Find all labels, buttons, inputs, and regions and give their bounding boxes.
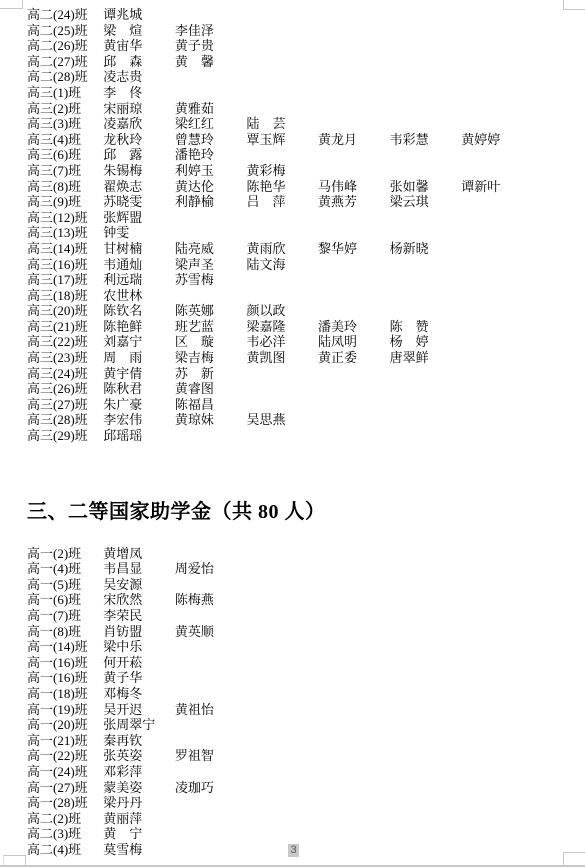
student-name: 农世林: [103, 288, 175, 304]
student-name: 钟雯: [103, 225, 175, 241]
class-label: 高三(8)班: [27, 179, 100, 195]
student-name: 韦彩慧: [390, 132, 462, 148]
class-label: 高二(27)班: [27, 54, 100, 70]
class-row: 高三(7)班 朱锡梅利婷玉黄彩梅: [27, 163, 579, 179]
class-row: 高三(24)班 黄宇倩苏 新: [27, 366, 579, 382]
student-name: 利静榆: [175, 194, 247, 210]
student-name: 朱锡梅: [103, 163, 175, 179]
document-page: 高二(24)班 谭兆城 高二(25)班 梁 煊李佳泽 高二(26)班 黄宙华黄子…: [0, 0, 585, 868]
student-name: 李佳泽: [175, 23, 247, 39]
class-row: 高二(26)班 黄宙华黄子贵: [27, 38, 579, 54]
student-name: 陆 芸: [246, 116, 318, 132]
class-row: 高三(18)班 农世林: [27, 288, 579, 304]
student-name: 陈英娜: [175, 303, 247, 319]
student-name: 黄凯图: [246, 350, 318, 366]
class-label: 高三(16)班: [27, 257, 100, 273]
student-name: 谭新叶: [461, 179, 533, 195]
page-bottom-edge: [0, 865, 585, 867]
student-name: 梁云琪: [390, 194, 462, 210]
student-name: 蒙美姿: [103, 780, 175, 796]
class-row: 高三(9)班 苏晓雯利静榆吕 萍黄燕芳梁云琪: [27, 194, 579, 210]
class-row: 高三(26)班 陈秋君黄睿图: [27, 381, 579, 397]
scholarship-name-list: 高二(24)班 谭兆城 高二(25)班 梁 煊李佳泽 高二(26)班 黄宙华黄子…: [27, 7, 579, 858]
student-name: 凌嘉欣: [103, 116, 175, 132]
student-name: 潘艳玲: [175, 147, 247, 163]
student-name: 黄 宁: [103, 826, 175, 842]
student-name: 梁吉梅: [175, 350, 247, 366]
student-name: 李 佟: [103, 85, 175, 101]
student-name: 肖钫盟: [103, 624, 175, 640]
class-label: 高一(24)班: [27, 764, 100, 780]
student-name: 梁声圣: [175, 257, 247, 273]
student-name: 甘树楠: [103, 241, 175, 257]
class-label: 高三(29)班: [27, 428, 100, 444]
student-name: 杨新晓: [390, 241, 462, 257]
student-name: 苏 新: [175, 366, 247, 382]
student-name: 梁丹丹: [103, 795, 175, 811]
class-label: 高三(2)班: [27, 101, 100, 117]
class-row: 高三(12)班 张辉盟: [27, 210, 579, 226]
student-name: 刘嘉宁: [103, 334, 175, 350]
class-row: 高二(4)班 莫雪梅: [27, 842, 579, 858]
class-label: 高二(26)班: [27, 38, 100, 54]
student-name: 覃玉辉: [246, 132, 318, 148]
class-label: 高一(27)班: [27, 780, 100, 796]
student-name: 梁中乐: [103, 639, 175, 655]
class-row: 高三(27)班 朱广豪陈福昌: [27, 397, 579, 413]
class-row: 高一(14)班 梁中乐: [27, 639, 579, 655]
student-name: 黄雅茹: [175, 101, 247, 117]
class-label: 高一(5)班: [27, 577, 100, 593]
class-label: 高三(14)班: [27, 241, 100, 257]
student-name: 周 雨: [103, 350, 175, 366]
student-name: 凌珈巧: [175, 780, 247, 796]
student-name: 陈钦名: [103, 303, 175, 319]
class-row: 高一(27)班 蒙美姿凌珈巧: [27, 780, 579, 796]
class-row: 高三(17)班 利远瑞苏雪梅: [27, 272, 579, 288]
class-row: 高一(16)班 黄子华: [27, 670, 579, 686]
student-name: 陆亮威: [175, 241, 247, 257]
class-label: 高三(17)班: [27, 272, 100, 288]
student-name: 张英姿: [103, 748, 175, 764]
class-label: 高三(12)班: [27, 210, 100, 226]
class-row: 高一(5)班 吴安源: [27, 577, 579, 593]
class-label: 高三(4)班: [27, 132, 100, 148]
class-row: 高一(18)班 邓梅冬: [27, 686, 579, 702]
class-label: 高一(16)班: [27, 670, 100, 686]
class-row: 高一(19)班 吴开迟黄祖怡: [27, 702, 579, 718]
student-name: 黄燕芳: [318, 194, 390, 210]
student-name: 莫雪梅: [103, 842, 175, 858]
class-row: 高三(20)班 陈钦名陈英娜颜以政: [27, 303, 579, 319]
class-label: 高三(27)班: [27, 397, 100, 413]
class-label: 高三(13)班: [27, 225, 100, 241]
student-name: 吕 萍: [246, 194, 318, 210]
student-name: 陆文海: [246, 257, 318, 273]
class-row: 高三(22)班 刘嘉宁区 璇韦必洋陆凤明杨 婷: [27, 334, 579, 350]
student-name: 李宏伟: [103, 412, 175, 428]
student-name: 黄龙月: [318, 132, 390, 148]
student-name: 颜以政: [246, 303, 318, 319]
class-row: 高一(24)班 邓彩萍: [27, 764, 579, 780]
student-name: 区 璇: [175, 334, 247, 350]
class-row: 高三(28)班 李宏伟黄琼妹吴思燕: [27, 412, 579, 428]
student-name: 罗祖智: [175, 748, 247, 764]
class-label: 高一(16)班: [27, 655, 100, 671]
class-row: 高三(13)班 钟雯: [27, 225, 579, 241]
class-label: 高三(6)班: [27, 147, 100, 163]
class-label: 高二(28)班: [27, 69, 100, 85]
class-label: 高三(1)班: [27, 85, 100, 101]
student-name: 秦再钦: [103, 733, 175, 749]
class-label: 高三(3)班: [27, 116, 100, 132]
student-name: 班艺蓝: [175, 319, 247, 335]
class-label: 高三(21)班: [27, 319, 100, 335]
class-row: 高一(6)班 宋欣然陈梅燕: [27, 592, 579, 608]
section-heading: 三、二等国家助学金（共 80 人）: [27, 497, 579, 527]
student-name: 潘美玲: [318, 319, 390, 335]
class-label: 高二(3)班: [27, 826, 100, 842]
class-label: 高一(6)班: [27, 592, 100, 608]
student-name: 黄宙华: [103, 38, 175, 54]
class-label: 高三(7)班: [27, 163, 100, 179]
class-label: 高一(22)班: [27, 748, 100, 764]
student-name: 邓梅冬: [103, 686, 175, 702]
student-name: 周爱怡: [175, 561, 247, 577]
student-name: 韦通灿: [103, 257, 175, 273]
student-name: 宋欣然: [103, 592, 175, 608]
student-name: 黄英顺: [175, 624, 247, 640]
class-row: 高一(4)班 韦昌显周爱怡: [27, 561, 579, 577]
page-number: 3: [288, 844, 299, 857]
class-label: 高三(22)班: [27, 334, 100, 350]
student-name: 曾慧玲: [175, 132, 247, 148]
student-name: 黄达伦: [175, 179, 247, 195]
class-row: 高一(20)班 张周翠宁: [27, 717, 579, 733]
student-name: 利远瑞: [103, 272, 175, 288]
class-row: 高三(16)班 韦通灿梁声圣陆文海: [27, 257, 579, 273]
class-row: 高三(21)班 陈艳鲜班艺蓝梁嘉隆潘美玲陈 赞: [27, 319, 579, 335]
class-row: 高一(28)班 梁丹丹: [27, 795, 579, 811]
student-name: 利婷玉: [175, 163, 247, 179]
student-name: 吴思燕: [246, 412, 318, 428]
student-name: 龙秋玲: [103, 132, 175, 148]
class-row: 高二(2)班 黄丽萍: [27, 811, 579, 827]
student-name: 陆凤明: [318, 334, 390, 350]
class-label: 高三(26)班: [27, 381, 100, 397]
student-name: 邱 森: [103, 54, 175, 70]
student-name: 朱广豪: [103, 397, 175, 413]
class-label: 高三(18)班: [27, 288, 100, 304]
student-name: 梁嘉隆: [246, 319, 318, 335]
student-name: 黄婷婷: [461, 132, 533, 148]
class-row: 高一(16)班 何开菘: [27, 655, 579, 671]
student-name: 陈梅燕: [175, 592, 247, 608]
class-label: 高三(20)班: [27, 303, 100, 319]
class-label: 高一(14)班: [27, 639, 100, 655]
student-name: 黄雨欣: [246, 241, 318, 257]
student-name: 韦必洋: [246, 334, 318, 350]
student-name: 苏雪梅: [175, 272, 247, 288]
class-row: 高一(21)班 秦再钦: [27, 733, 579, 749]
student-name: 陈 赞: [390, 319, 462, 335]
class-row: 高三(1)班 李 佟: [27, 85, 579, 101]
class-row: 高一(7)班 李荣民: [27, 608, 579, 624]
student-name: 黄丽萍: [103, 811, 175, 827]
class-row: 高二(3)班 黄 宁: [27, 826, 579, 842]
class-row: 高二(27)班 邱 森黄 馨: [27, 54, 579, 70]
student-name: 邱 露: [103, 147, 175, 163]
class-row: 高三(23)班 周 雨梁吉梅黄凯图黄正委唐翠鲜: [27, 350, 579, 366]
class-row: 高三(2)班 宋丽琼黄雅茹: [27, 101, 579, 117]
student-name: 何开菘: [103, 655, 175, 671]
margin-cropmark-bottom-left-icon: [3, 855, 26, 865]
student-name: 陈福昌: [175, 397, 247, 413]
class-label: 高一(2)班: [27, 546, 100, 562]
student-name: 吴开迟: [103, 702, 175, 718]
student-name: 苏晓雯: [103, 194, 175, 210]
student-name: 黄宇倩: [103, 366, 175, 382]
student-name: 黄子华: [103, 670, 175, 686]
class-row: 高二(28)班 凌志贵: [27, 69, 579, 85]
student-name: 陈艳华: [246, 179, 318, 195]
class-row: 高三(4)班 龙秋玲曾慧玲覃玉辉黄龙月韦彩慧黄婷婷: [27, 132, 579, 148]
student-name: 黄琼妹: [175, 412, 247, 428]
class-row: 高一(2)班 黄增凤: [27, 546, 579, 562]
class-row: 高二(24)班 谭兆城: [27, 7, 579, 23]
class-label: 高二(24)班: [27, 7, 100, 23]
class-label: 高一(19)班: [27, 702, 100, 718]
student-name: 宋丽琼: [103, 101, 175, 117]
student-name: 谭兆城: [103, 7, 175, 23]
student-name: 凌志贵: [103, 69, 175, 85]
class-row: 高三(29)班 邱瑶瑶: [27, 428, 579, 444]
student-name: 黄正委: [318, 350, 390, 366]
class-row: 高三(14)班 甘树楠陆亮威黄雨欣黎华婷杨新晓: [27, 241, 579, 257]
class-label: 高一(28)班: [27, 795, 100, 811]
student-name: 黄睿图: [175, 381, 247, 397]
class-label: 高三(28)班: [27, 412, 100, 428]
class-row: 高一(8)班 肖钫盟黄英顺: [27, 624, 579, 640]
class-label: 高三(9)班: [27, 194, 100, 210]
student-name: 黄祖怡: [175, 702, 247, 718]
student-name: 陈秋君: [103, 381, 175, 397]
student-name: 李荣民: [103, 608, 175, 624]
student-name: 黎华婷: [318, 241, 390, 257]
class-label: 高一(21)班: [27, 733, 100, 749]
class-row: 高一(22)班 张英姿罗祖智: [27, 748, 579, 764]
class-label: 高二(25)班: [27, 23, 100, 39]
class-row: 高三(6)班 邱 露潘艳玲: [27, 147, 579, 163]
student-name: 吴安源: [103, 577, 175, 593]
class-label: 高三(24)班: [27, 366, 100, 382]
student-name: 杨 婷: [390, 334, 462, 350]
class-label: 高二(4)班: [27, 842, 100, 858]
class-row: 高三(3)班 凌嘉欣梁红红陆 芸: [27, 116, 579, 132]
student-name: 黄增凤: [103, 546, 175, 562]
student-name: 张周翠宁: [103, 717, 175, 733]
class-label: 高一(20)班: [27, 717, 100, 733]
student-name: 黄子贵: [175, 38, 247, 54]
student-name: 翟焕志: [103, 179, 175, 195]
class-label: 高一(7)班: [27, 608, 100, 624]
student-name: 张辉盟: [103, 210, 175, 226]
student-name: 梁 煊: [103, 23, 175, 39]
class-label: 高一(4)班: [27, 561, 100, 577]
student-name: 马伟峰: [318, 179, 390, 195]
student-name: 唐翠鲜: [390, 350, 462, 366]
student-name: 黄彩梅: [246, 163, 318, 179]
student-name: 黄 馨: [175, 54, 247, 70]
student-name: 张如馨: [390, 179, 462, 195]
class-row: 高三(8)班 翟焕志黄达伦陈艳华马伟峰张如馨谭新叶: [27, 179, 579, 195]
student-name: 邱瑶瑶: [103, 428, 175, 444]
margin-cropmark-top-left-icon: [0, 0, 23, 9]
class-label: 高三(23)班: [27, 350, 100, 366]
class-label: 高二(2)班: [27, 811, 100, 827]
class-label: 高一(8)班: [27, 624, 100, 640]
student-name: 陈艳鲜: [103, 319, 175, 335]
student-name: 邓彩萍: [103, 764, 175, 780]
student-name: 梁红红: [175, 116, 247, 132]
class-label: 高一(18)班: [27, 686, 100, 702]
student-name: 韦昌显: [103, 561, 175, 577]
class-row: 高二(25)班 梁 煊李佳泽: [27, 23, 579, 39]
